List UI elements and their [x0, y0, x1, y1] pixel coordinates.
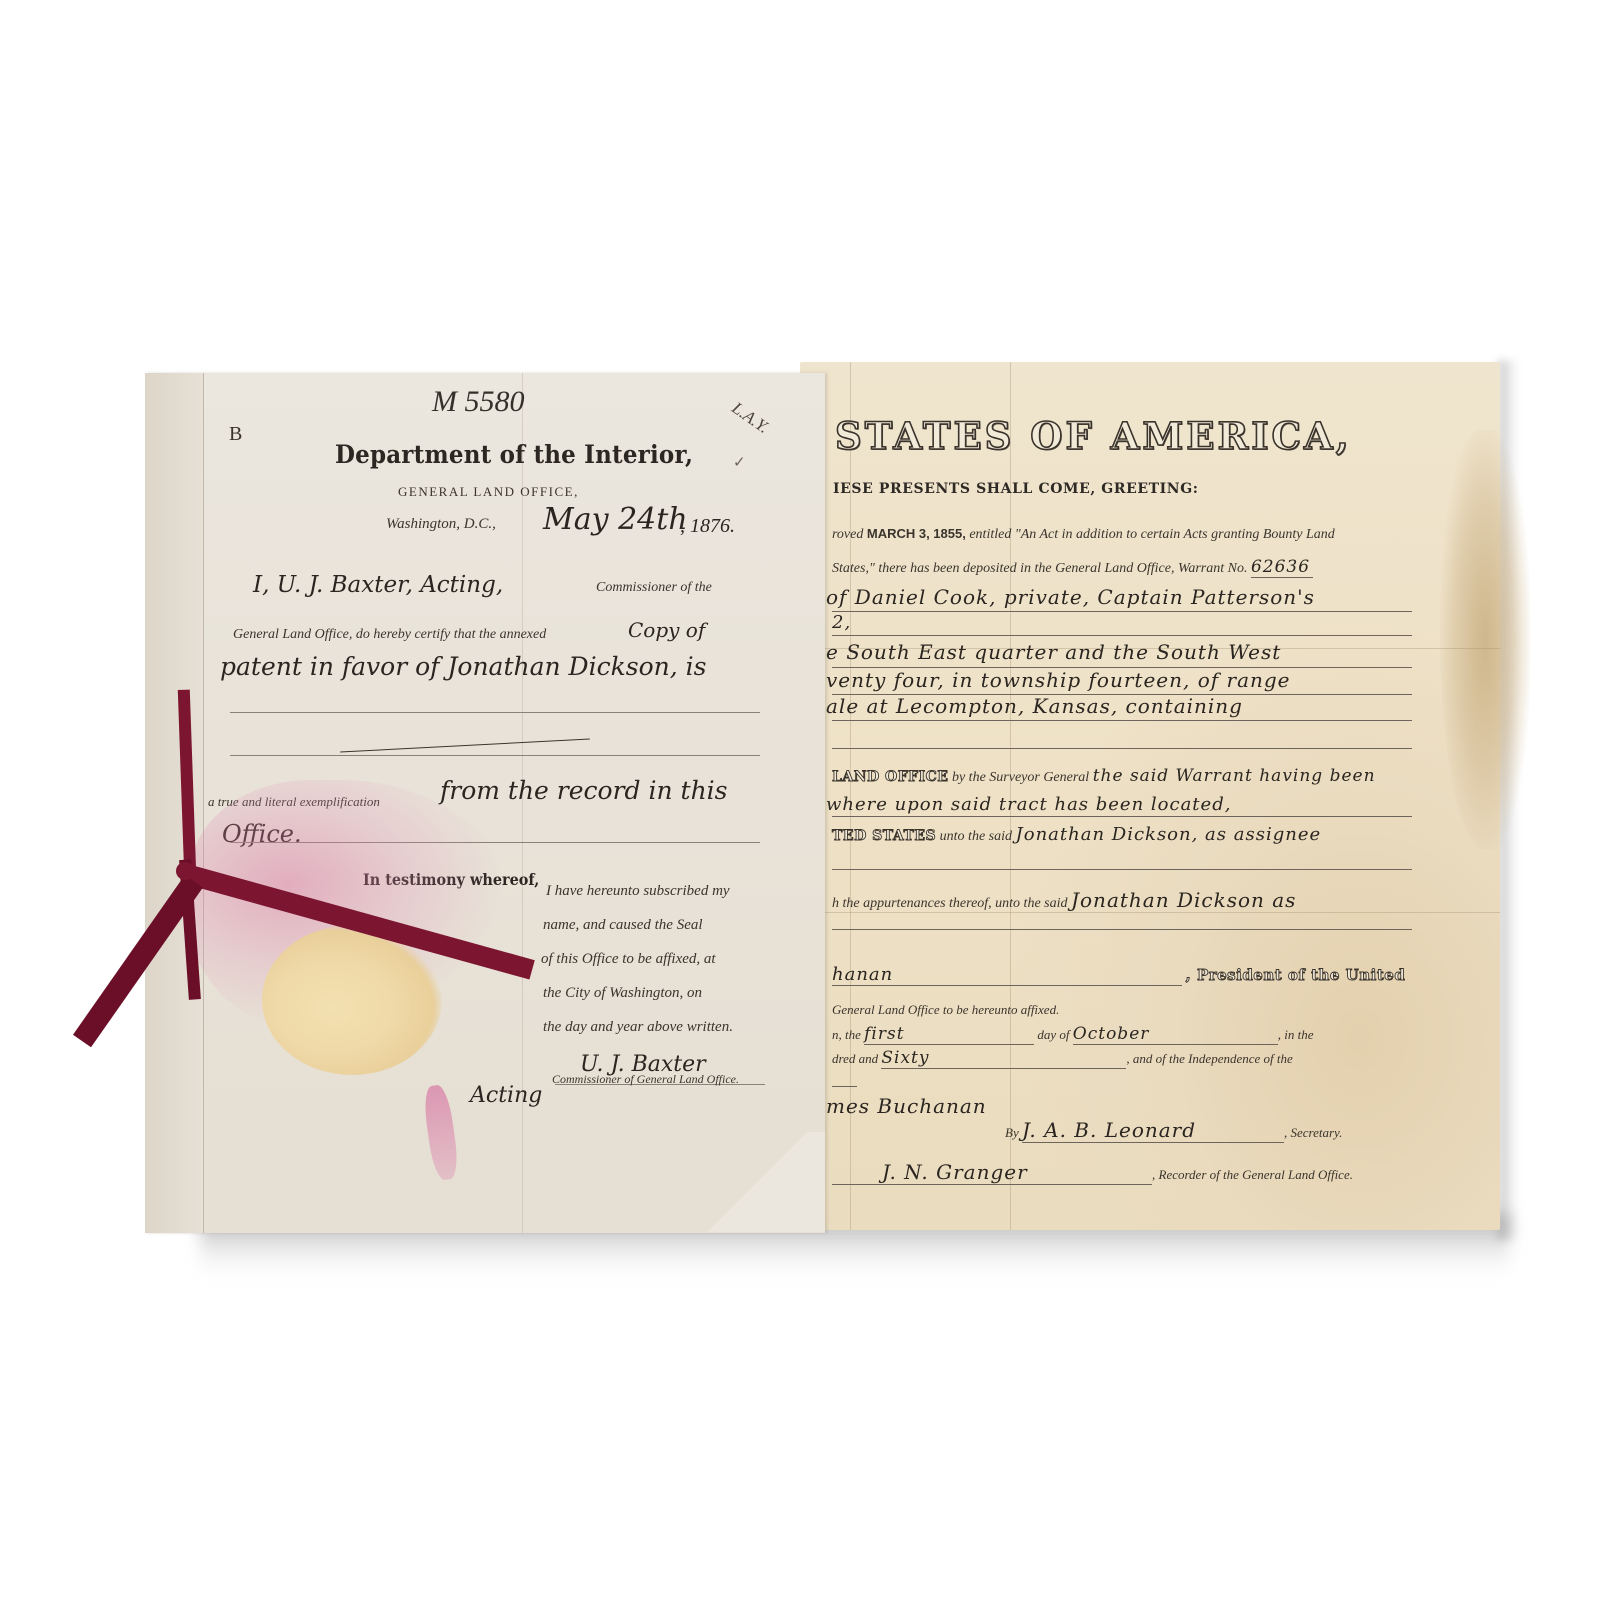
patent-favor: patent in favor of Jonathan Dickson, is [220, 652, 706, 681]
department-heading: Department of the Interior, [335, 440, 693, 469]
tract-line-2: venty four, in township fourteen, of ran… [826, 668, 1291, 692]
company: 2, [832, 612, 851, 633]
month-value: October [1073, 1024, 1278, 1045]
surveyor-line: LAND OFFICE by the Surveyor General the … [832, 766, 1376, 786]
given-prefix: n, the [832, 1027, 861, 1042]
act-line: roved MARCH 3, 1855, entitled "An Act in… [832, 526, 1335, 543]
appurtenances-line: h the appurtenances thereof, unto the sa… [832, 888, 1296, 912]
independence-text: , and of the Independence of the [1126, 1051, 1292, 1066]
recorder-signature: J. N. Granger [832, 1160, 1152, 1185]
form-rule [832, 748, 1412, 749]
attest-line-5: the day and year above written. [543, 1019, 733, 1036]
act-date: MARCH 3, 1855, [867, 526, 966, 541]
seal-affixed-text: General Land Office to be hereunto affix… [832, 1002, 1059, 1018]
day-value: first [864, 1024, 1034, 1045]
grantee-assignee: Jonathan Dickson, as assignee [1016, 824, 1322, 845]
president-line: hanan , President of the United [832, 964, 1405, 986]
recorder-line: J. N. Granger, Recorder of the General L… [832, 1160, 1353, 1185]
record-number: M 5580 [432, 385, 525, 419]
grant-line: TED STATES unto the said Jonathan Dickso… [832, 824, 1321, 845]
signature-title: Commissioner of General Land Office. [552, 1072, 739, 1087]
warrant-line: States," there has been deposited in the… [832, 557, 1313, 578]
certify-text: General Land Office, do hereby certify t… [233, 627, 546, 643]
president-caps: , President of the United [1186, 966, 1406, 984]
form-rule [230, 755, 760, 756]
president-signature: mes Buchanan [826, 1094, 987, 1118]
surveyor-handwriting: the said Warrant having been [1093, 766, 1376, 786]
tract-line-1: e South East quarter and the South West [826, 640, 1281, 664]
attest-line-3: of this Office to be affixed, at [541, 951, 716, 968]
states-text: States," there has been deposited in the… [832, 561, 1247, 576]
land-office-caps: LAND OFFICE [832, 769, 948, 785]
surveyor-text: by the Surveyor General [952, 770, 1089, 785]
by-label: By [1005, 1125, 1019, 1140]
appurtenances-text: h the appurtenances thereof, unto the sa… [832, 896, 1068, 911]
secretary-label: , Secretary. [1284, 1125, 1342, 1140]
patent-greeting: IESE PRESENTS SHALL COME, GREETING: [833, 481, 1199, 497]
water-stain [1440, 430, 1530, 850]
binding-flap [145, 373, 204, 1233]
tract-line-3: ale at Lecompton, Kansas, containing [826, 694, 1243, 718]
unto-text: unto the said [940, 829, 1012, 844]
hundred-prefix: dred and [832, 1051, 878, 1066]
commissioner-label: Commissioner of the [596, 580, 712, 596]
warrant-holder: of Daniel Cook, private, Captain Patters… [826, 585, 1315, 609]
corner-letter: B [229, 423, 242, 446]
folded-corner [690, 1132, 825, 1232]
recorder-label: , Recorder of the General Land Office. [1152, 1167, 1353, 1182]
form-rule [832, 929, 1412, 930]
year-value: Sixty [881, 1048, 1126, 1069]
office-subheading: GENERAL LAND OFFICE, [398, 484, 579, 500]
issue-year: , 1876. [680, 515, 735, 538]
attest-line-4: the City of Washington, on [543, 985, 702, 1002]
acting-annotation: Acting [470, 1083, 542, 1108]
ribbon-knot [176, 862, 194, 880]
year-line: dred and Sixty, and of the Independence … [832, 1048, 1293, 1069]
secretary-line: By J. A. B. Leonard, Secretary. [1005, 1118, 1342, 1143]
form-rule [832, 720, 1412, 721]
certifier-name: I, U. J. Baxter, Acting, [253, 572, 503, 598]
check-mark-icon: ✓ [733, 453, 746, 472]
form-rule [832, 816, 1412, 817]
in-the-label: , in the [1278, 1027, 1314, 1042]
form-rule [832, 635, 1412, 636]
act-text: entitled "An Act in addition to certain … [969, 527, 1334, 542]
form-rule [832, 1086, 857, 1087]
warrant-number: 62636 [1251, 557, 1313, 578]
attest-line-1: I have hereunto subscribed my [546, 883, 730, 900]
day-of-label: day of [1037, 1027, 1069, 1042]
attest-line-2: name, and caused the Seal [543, 917, 703, 934]
form-rule [230, 712, 760, 713]
place: Washington, D.C., [386, 516, 496, 533]
located-line: where upon said tract has been located, [826, 794, 1231, 815]
fold-crease [800, 912, 1500, 913]
united-states-caps: TED STATES [832, 828, 936, 844]
secretary-signature: J. A. B. Leonard [1022, 1118, 1284, 1143]
patent-title: STATES OF AMERICA, [835, 414, 1352, 458]
act-prefix: roved [832, 527, 863, 542]
grantee-name: Jonathan Dickson as [1071, 888, 1296, 912]
form-rule [832, 869, 1412, 870]
issue-date: May 24th [543, 502, 688, 537]
given-date-line: n, the first day of October, in the [832, 1024, 1314, 1045]
exemplification-source: from the record in this [440, 776, 728, 805]
president-name: hanan [832, 964, 1182, 986]
form-rule [832, 611, 1412, 612]
copy-type: Copy of [628, 618, 705, 642]
